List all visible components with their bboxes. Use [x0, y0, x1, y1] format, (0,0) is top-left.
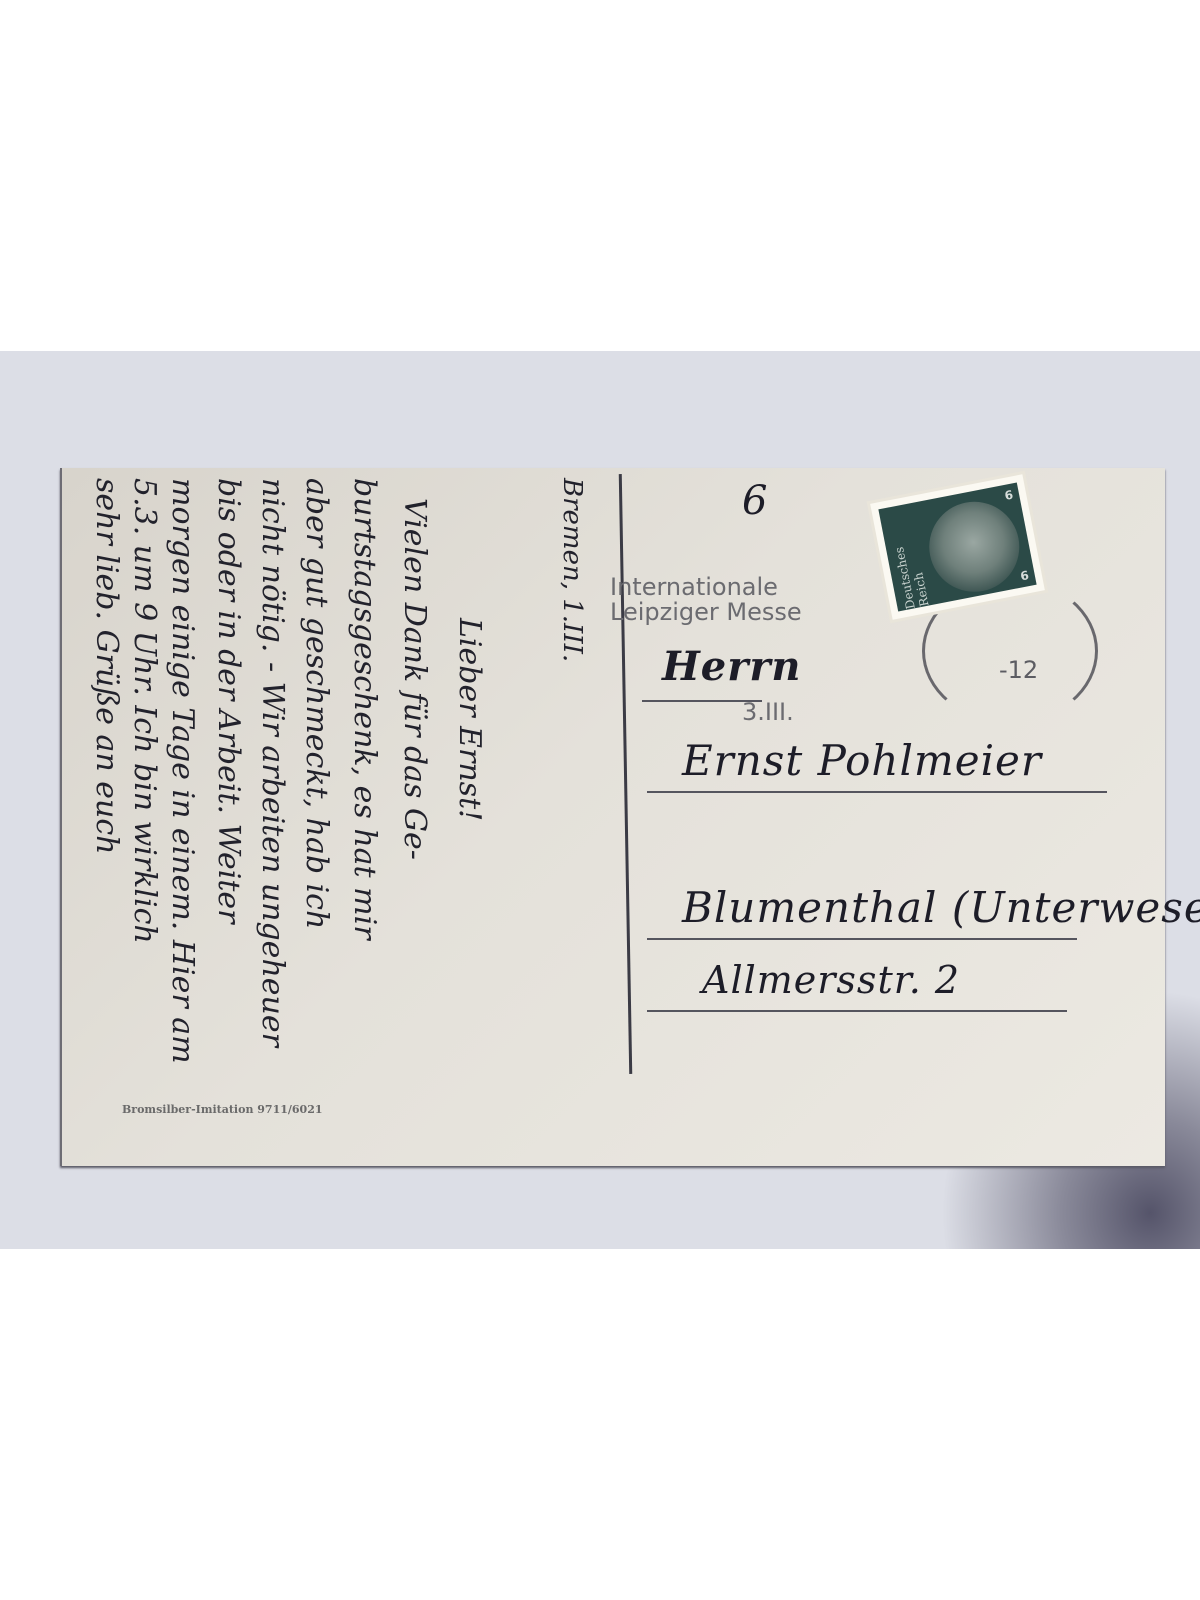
- address-line: [647, 1010, 1067, 1012]
- message-line: aber gut geschmeckt, hab ich: [299, 478, 334, 929]
- dateline: Bremen, 1.III.: [557, 478, 587, 662]
- divider-line: [619, 474, 632, 1074]
- address-line: [647, 938, 1077, 940]
- address-name: Ernst Pohlmeier: [682, 736, 1042, 785]
- stamp-value: 6: [1019, 568, 1030, 583]
- message-line: 5.3. um 9 Uhr. Ich bin wirklich: [127, 478, 162, 944]
- address-line: [647, 791, 1107, 793]
- postcard: sehr lieb. Grüße an euch 5.3. um 9 Uhr. …: [60, 468, 1165, 1166]
- address-salutation: Herrn: [662, 643, 801, 690]
- photo-background: sehr lieb. Grüße an euch 5.3. um 9 Uhr. …: [0, 351, 1200, 1249]
- stamp-portrait: [922, 494, 1028, 600]
- cancellation-date: 3.III.: [742, 698, 794, 726]
- address-street: Allmersstr. 2: [702, 958, 960, 1002]
- address-line: [642, 700, 762, 702]
- message-line: morgen einige Tage in einem. Hier am: [165, 478, 200, 1064]
- address-city: Blumenthal (Unterweser): [682, 883, 1200, 932]
- slogan-line-1: Internationale: [610, 575, 802, 600]
- handwritten-note: 6: [742, 478, 768, 524]
- message-line: nicht nötig. - Wir arbeiten ungeheuer: [255, 478, 290, 1047]
- message-line: burtstagsgeschenk, es hat mir: [347, 478, 382, 940]
- greeting: Lieber Ernst!: [452, 618, 487, 821]
- message-line: Vielen Dank für das Ge-: [397, 498, 432, 860]
- cancellation-slogan: Internationale Leipziger Messe: [610, 575, 802, 625]
- stamp-country: Deutsches Reich: [886, 513, 931, 611]
- publisher-imprint: Bromsilber-Imitation 9711/6021: [122, 1103, 323, 1116]
- stamp-value: 6: [1003, 488, 1014, 503]
- message-line: bis oder in der Arbeit. Weiter: [211, 478, 246, 924]
- slogan-line-2: Leipziger Messe: [610, 600, 802, 625]
- message-line: sehr lieb. Grüße an euch: [89, 478, 124, 854]
- postmark-time: -12: [999, 656, 1038, 684]
